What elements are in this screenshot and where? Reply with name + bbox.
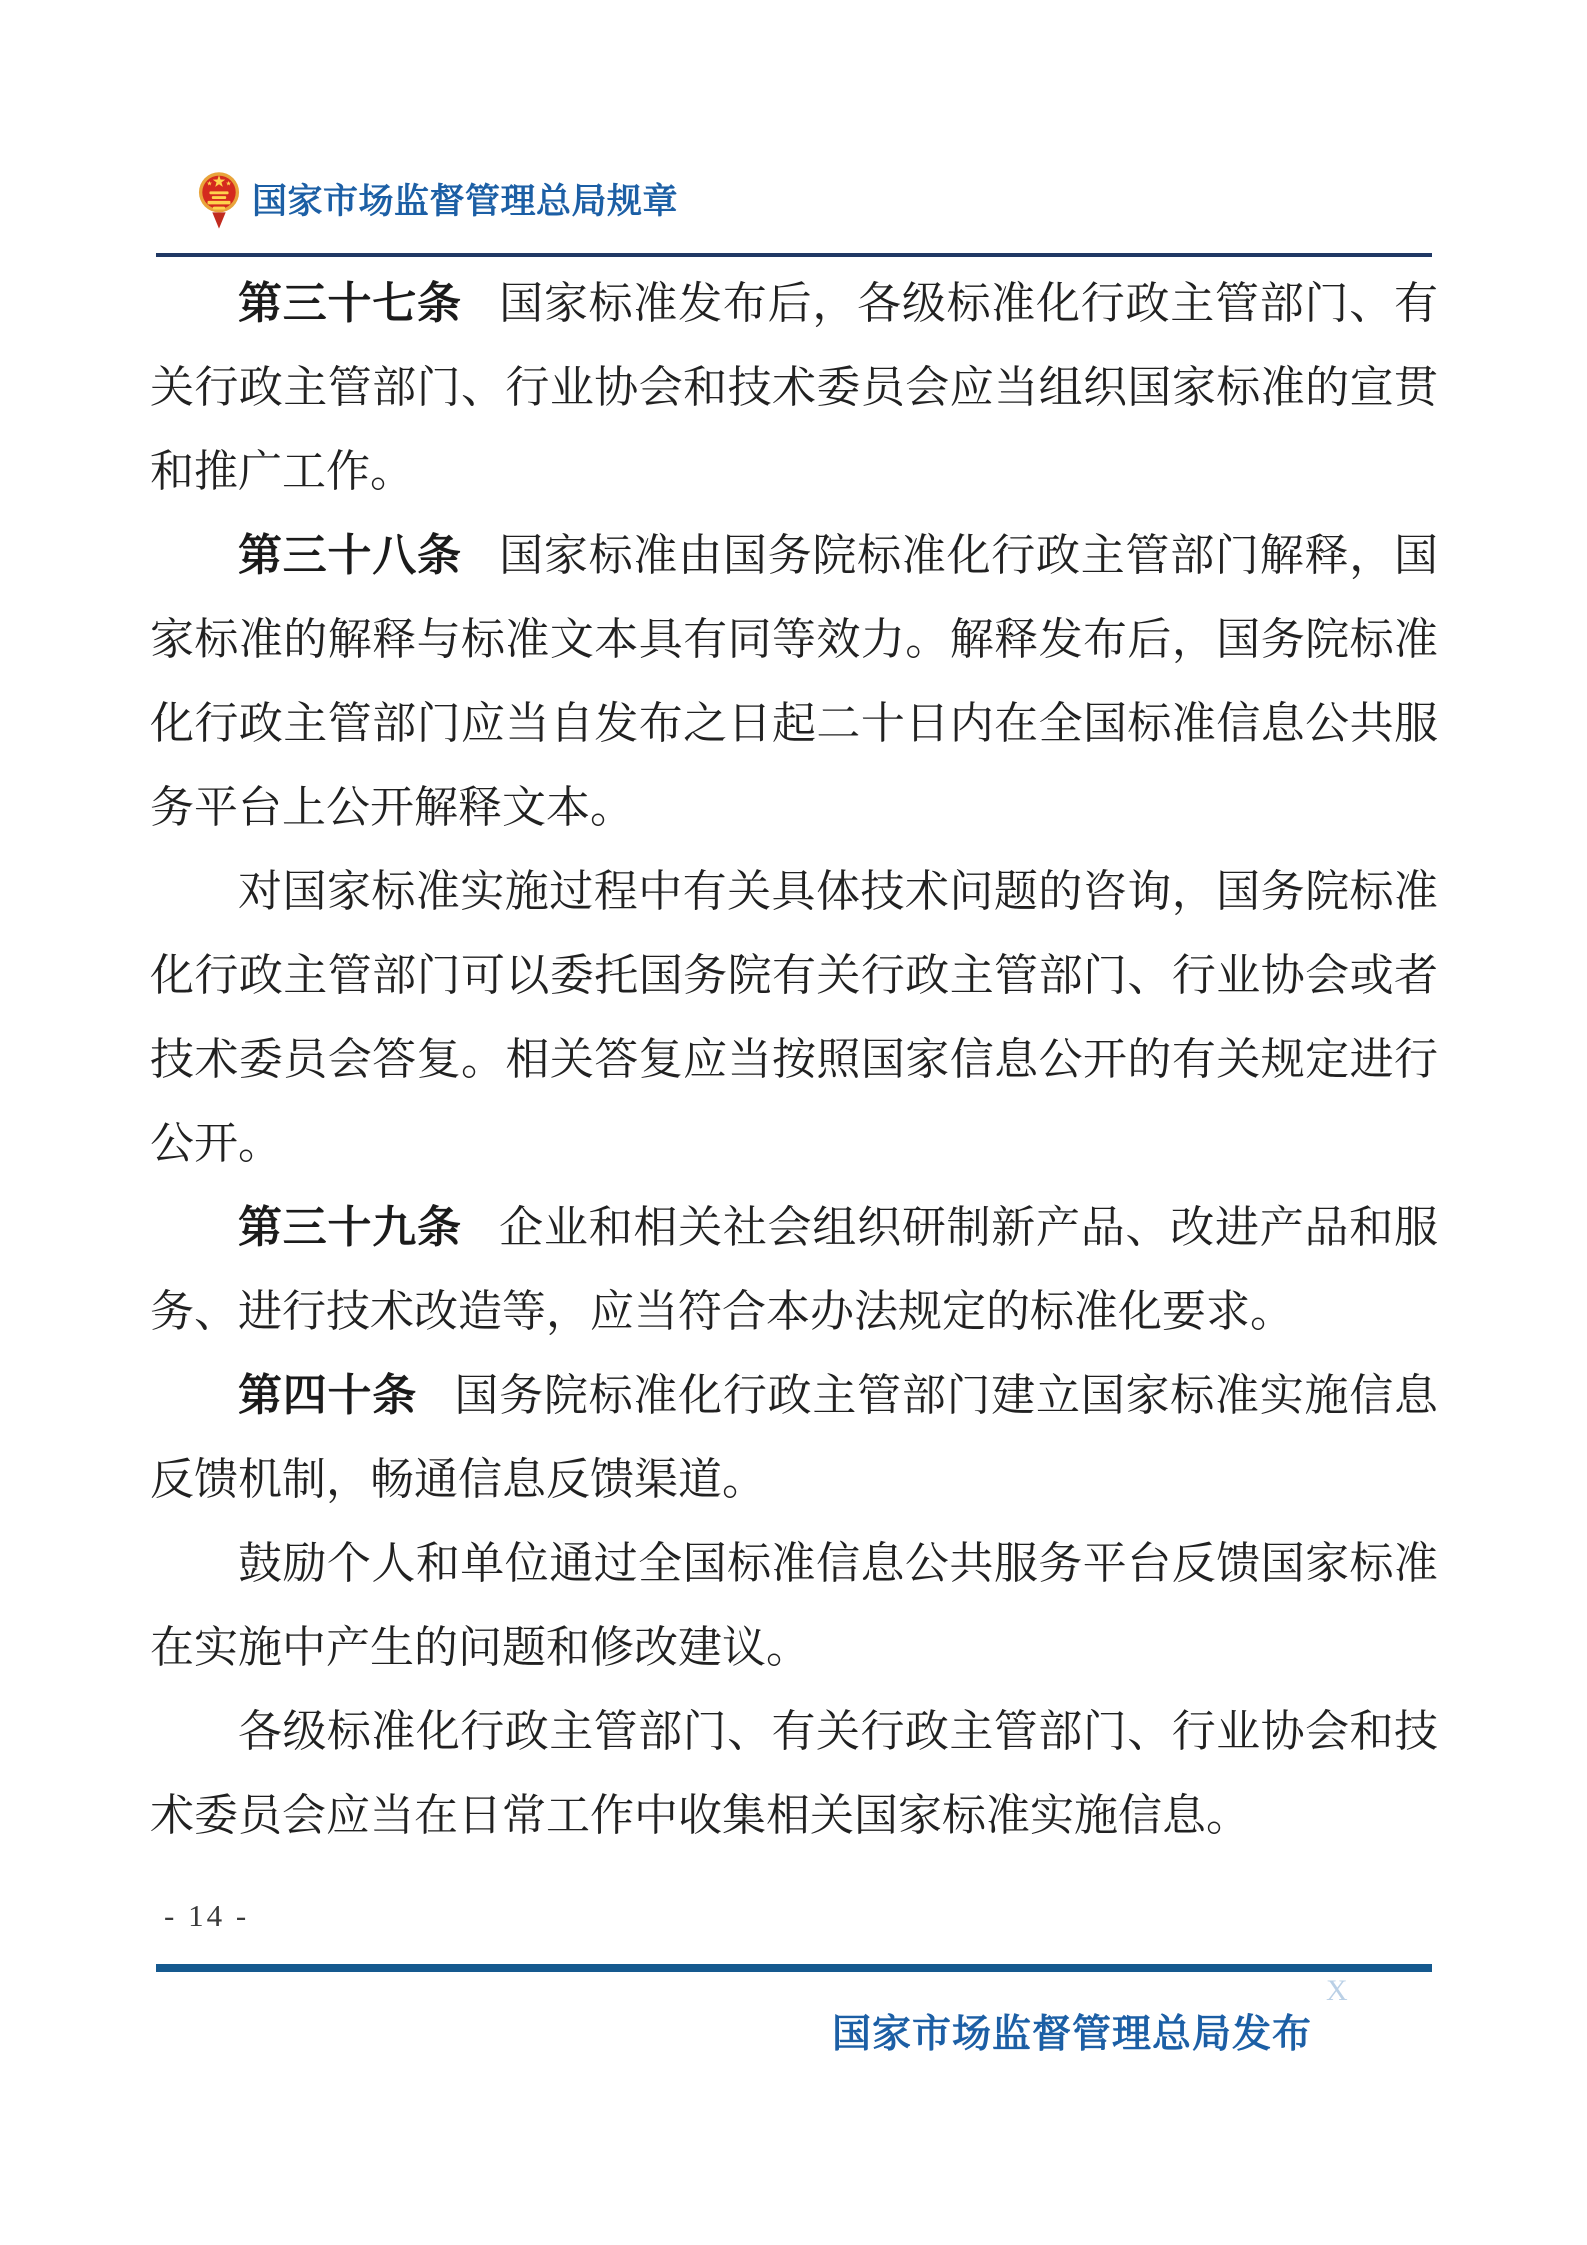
paragraph-article-40-3: 各级标准化行政主管部门、有关行政主管部门、行业协会和技术委员会应当在日常工作中收… <box>150 1690 1438 1858</box>
page-title: 国家市场监督管理总局规章 <box>252 174 678 224</box>
paragraph-article-39: 第三十九条企业和相关社会组织研制新产品、改进产品和服务、进行技术改造等，应当符合… <box>150 1186 1438 1354</box>
paragraph-article-38-2: 对国家标准实施过程中有关具体技术问题的咨询，国务院标准化行政主管部门可以委托国务… <box>150 850 1438 1186</box>
page-header: 国家市场监督管理总局规章 <box>198 168 678 230</box>
paragraph-article-38: 第三十八条国家标准由国务院标准化行政主管部门解释，国家标准的解释与标准文本具有同… <box>150 514 1438 850</box>
article-number: 第三十九条 <box>238 1203 462 1252</box>
document-body: 第三十七条国家标准发布后，各级标准化行政主管部门、有关行政主管部门、行业协会和技… <box>150 262 1438 1858</box>
footer-divider <box>156 1964 1432 1972</box>
paragraph-article-40: 第四十条国务院标准化行政主管部门建立国家标准实施信息反馈机制，畅通信息反馈渠道。 <box>150 1354 1438 1522</box>
article-number: 第三十七条 <box>238 279 462 328</box>
page-number: - 14 - <box>164 1898 249 1934</box>
header-divider <box>156 253 1432 257</box>
article-text: 鼓励个人和单位通过全国标准信息公共服务平台反馈国家标准在实施中产生的问题和修改建… <box>150 1539 1438 1672</box>
document-page: 国家市场监督管理总局规章 第三十七条国家标准发布后，各级标准化行政主管部门、有关… <box>0 0 1587 2245</box>
scan-artifact: X <box>1326 1974 1348 2008</box>
article-number: 第四十条 <box>238 1371 417 1420</box>
china-national-emblem-icon <box>198 168 240 230</box>
article-number: 第三十八条 <box>238 531 462 580</box>
paragraph-article-37: 第三十七条国家标准发布后，各级标准化行政主管部门、有关行政主管部门、行业协会和技… <box>150 262 1438 514</box>
publisher-label: 国家市场监督管理总局发布 <box>156 2003 1312 2059</box>
paragraph-article-40-2: 鼓励个人和单位通过全国标准信息公共服务平台反馈国家标准在实施中产生的问题和修改建… <box>150 1522 1438 1690</box>
article-text: 各级标准化行政主管部门、有关行政主管部门、行业协会和技术委员会应当在日常工作中收… <box>150 1707 1438 1840</box>
article-text: 对国家标准实施过程中有关具体技术问题的咨询，国务院标准化行政主管部门可以委托国务… <box>150 867 1438 1168</box>
